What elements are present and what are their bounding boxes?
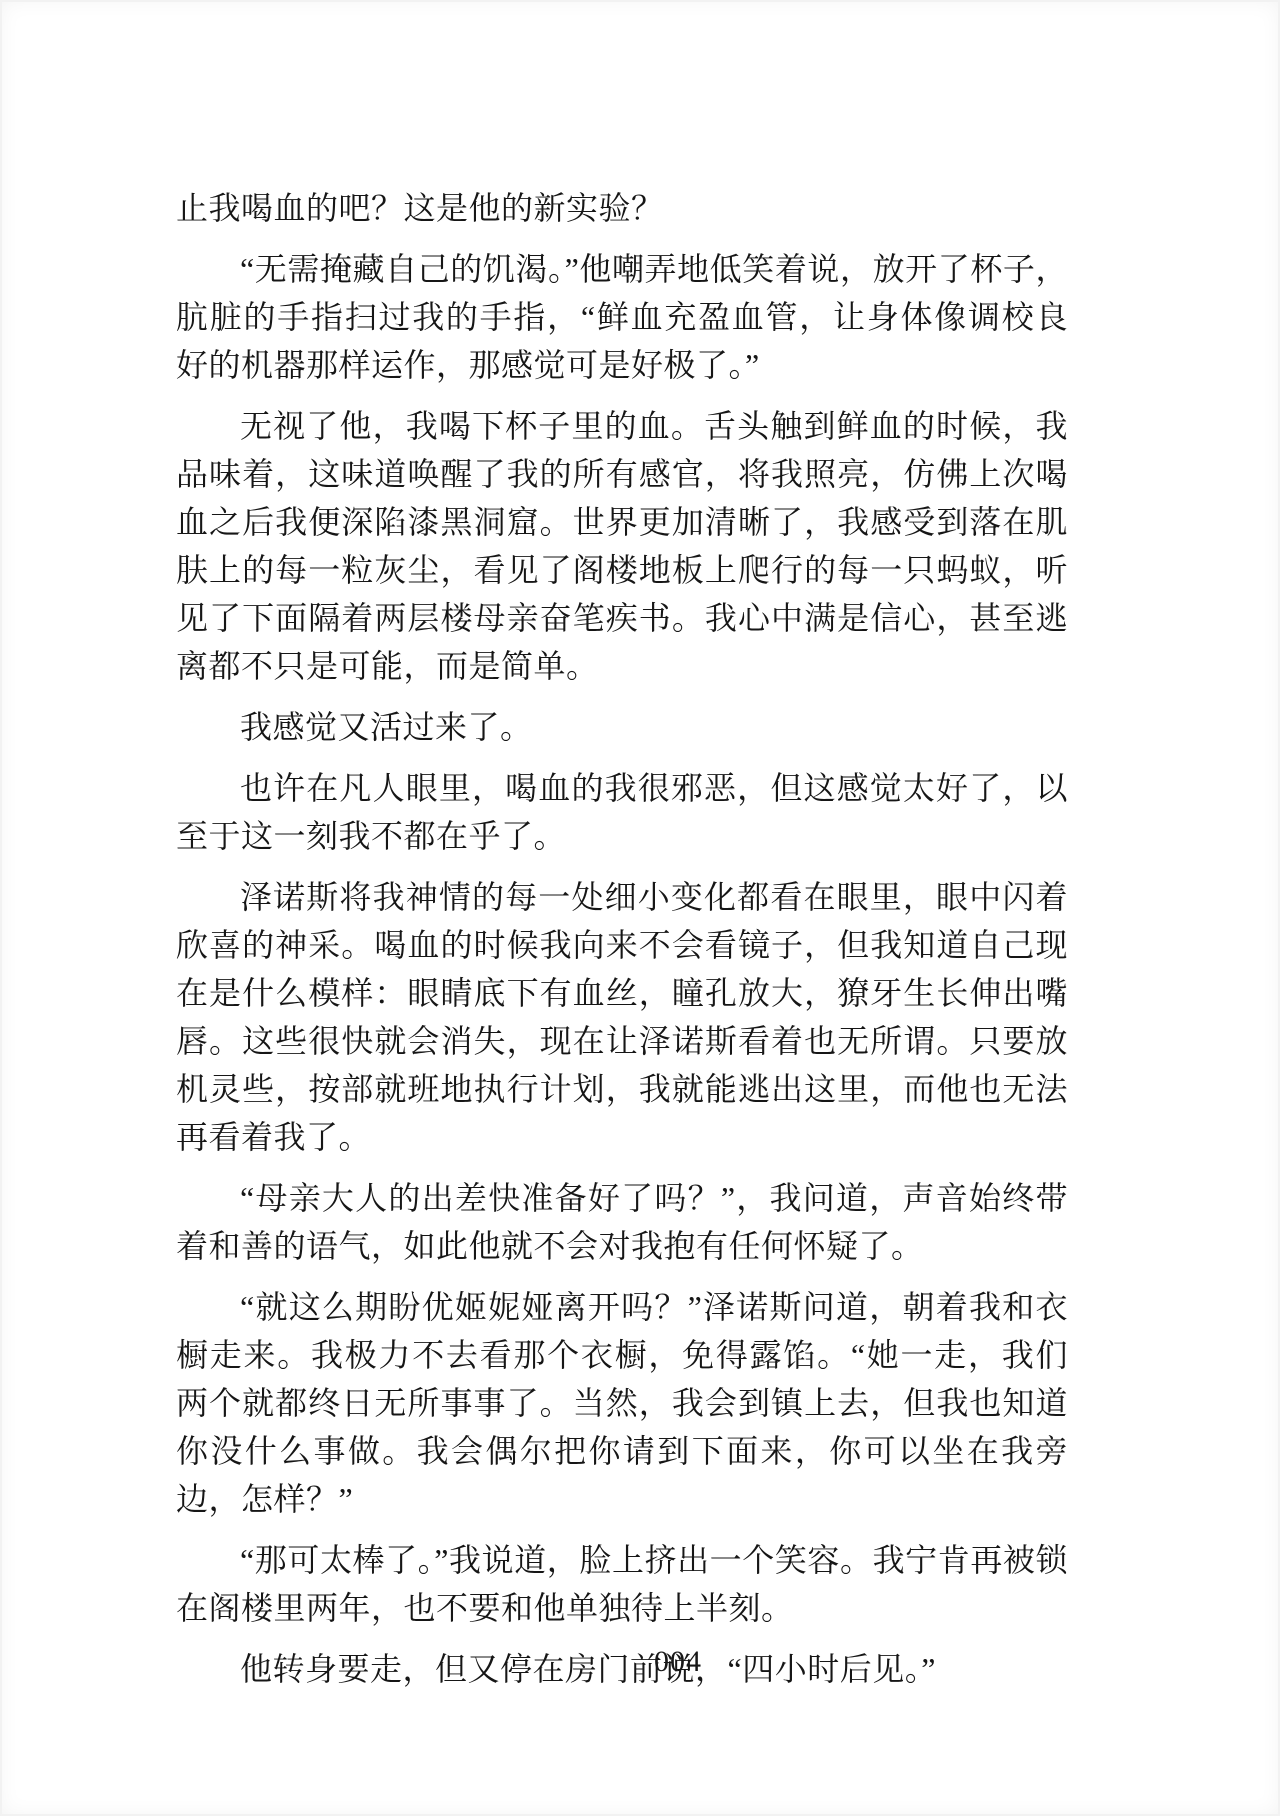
page-number: 004 [76, 1642, 1280, 1682]
book-page: 止我喝血的吧？这是他的新实验？ “无需掩藏自己的饥渴。”他嘲弄地低笑着说，放开了… [0, 0, 1280, 1816]
paragraph: 无视了他，我喝下杯子里的血。舌头触到鲜血的时候，我品味着，这味道唤醒了我的所有感… [176, 402, 1068, 690]
paragraph: 也许在凡人眼里，喝血的我很邪恶，但这感觉太好了，以至于这一刻我不都在乎了。 [176, 764, 1068, 860]
paragraph: 我感觉又活过来了。 [176, 703, 1068, 751]
paragraph: “无需掩藏自己的饥渴。”他嘲弄地低笑着说，放开了杯子，肮脏的手指扫过我的手指，“… [176, 245, 1068, 389]
paragraph: “母亲大人的出差快准备好了吗？”，我问道，声音始终带着和善的语气，如此他就不会对… [176, 1174, 1068, 1270]
paragraph: 泽诺斯将我神情的每一处细小变化都看在眼里，眼中闪着欣喜的神采。喝血的时候我向来不… [176, 873, 1068, 1161]
paragraph: “就这么期盼优姬妮娅离开吗？”泽诺斯问道，朝着我和衣橱走来。我极力不去看那个衣橱… [176, 1283, 1068, 1523]
paragraph: “那可太棒了。”我说道，脸上挤出一个笑容。我宁肯再被锁在阁楼里两年，也不要和他单… [176, 1536, 1068, 1632]
text-block: 止我喝血的吧？这是他的新实验？ “无需掩藏自己的饥渴。”他嘲弄地低笑着说，放开了… [176, 184, 1068, 1706]
paragraph: 止我喝血的吧？这是他的新实验？ [176, 184, 1068, 232]
